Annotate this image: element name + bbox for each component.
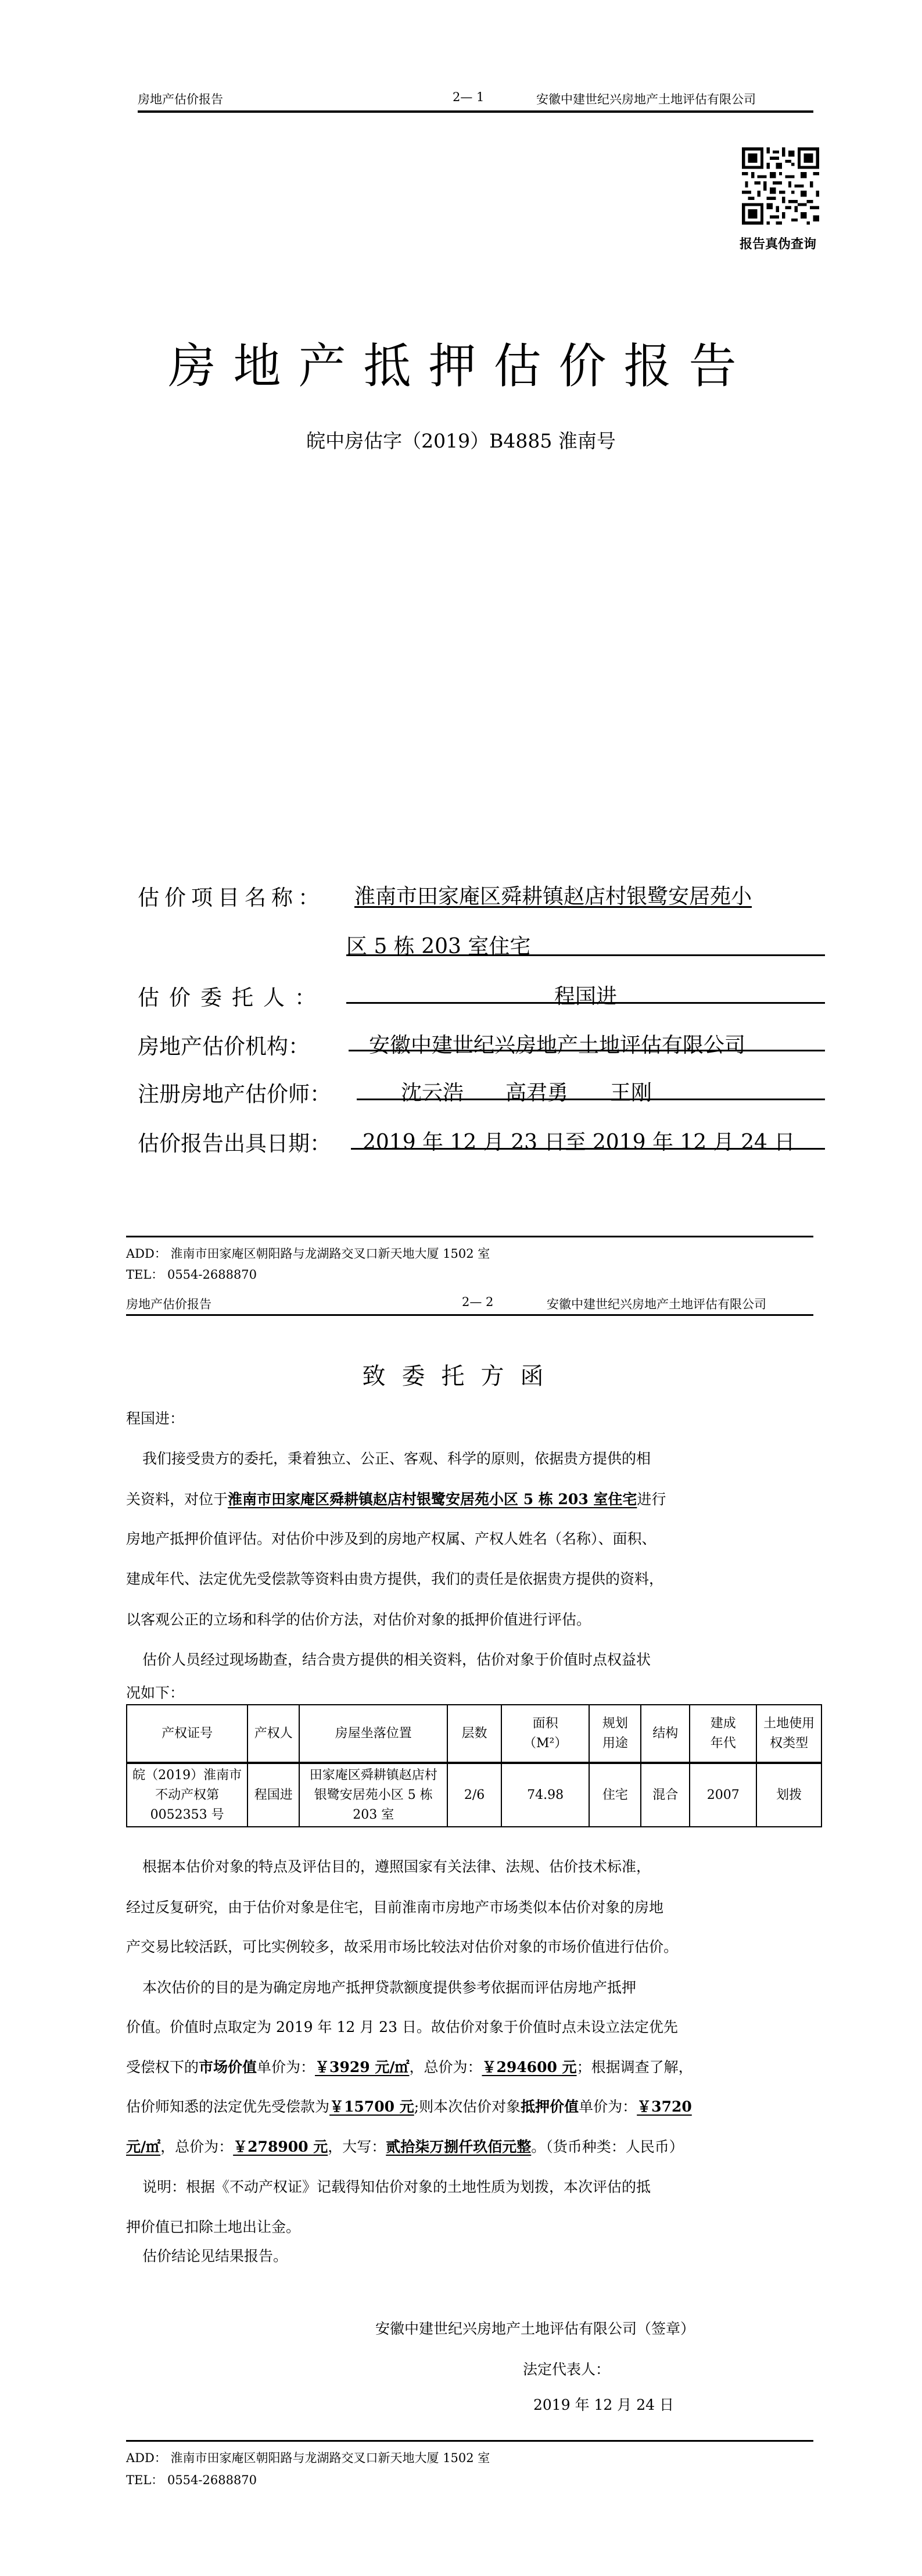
th-use: 规划用途 [589, 1705, 641, 1763]
appraisers-text: 沈云浩 高君勇 王刚 [401, 1081, 652, 1105]
para1-line1: 我们接受贵方的委托，秉着独立、公正、客观、科学的原则，依据贵方提供的相 [142, 1447, 651, 1468]
cell-structure: 混合 [641, 1763, 690, 1827]
footer-tel: TEL： 0554-2688870 [126, 2471, 257, 2488]
th-use-l2: 用途 [602, 1736, 628, 1751]
table-row: 皖（2019）淮南市不动产权第0052353 号 程国进 田家庵区舜耕镇赵店村银… [127, 1763, 821, 1827]
th-land-l2: 权类型 [770, 1736, 808, 1751]
letter-title: 致委托方函 [0, 1358, 922, 1391]
mortgage-value-label: 抵押价值 [521, 2098, 579, 2115]
para4-line2: 价值。价值时点取定为 2019 年 12 月 23 日。故估价对象于价值时点未设… [126, 2016, 678, 2037]
p4l3-mid2: ，总价为： [409, 2059, 482, 2076]
p4l5-mid1: ，总价为： [160, 2138, 233, 2155]
th-area: 面积（M²） [501, 1705, 589, 1763]
para2-line1: 估价人员经过现场勘查，结合贵方提供的相关资料，估价对象于价值时点权益状 [142, 1648, 651, 1669]
header-page-number: 2— 1 [453, 90, 484, 104]
footer-address: ADD： 淮南市田家庵区朝阳路与龙湖路交叉口新天地大厦 1502 室 [126, 2449, 490, 2466]
th-area-l2: （M²） [523, 1736, 567, 1751]
cell-location: 田家庵区舜耕镇赵店村银鹭安居苑小区 5 栋203 室 [299, 1763, 447, 1827]
label-project-name: 估价项目名称： [138, 880, 325, 911]
signature-date: 2019 年 12 月 24 日 [533, 2393, 674, 2414]
para4-line3: 受偿权下的市场价值单价为：￥3929 元/㎡，总价为：￥294600 元；根据调… [126, 2056, 693, 2077]
p4l4-mid2: 单价为： [579, 2098, 637, 2115]
cell-use: 住宅 [589, 1763, 641, 1827]
cert-l2: 不动产权第 [155, 1788, 219, 1802]
cell-owner: 程国进 [247, 1763, 299, 1827]
header-company: 安徽中建世纪兴房地产土地评估有限公司 [536, 90, 756, 108]
cert-l1: 皖（2019）淮南市 [132, 1768, 242, 1783]
value-project-name-line2: 区 5 栋 203 室住宅 [346, 930, 825, 956]
para4-line5: 元/㎡，总价为：￥278900 元，大写：贰拾柒万捌仟玖佰元整。（货币种类：人民… [126, 2135, 684, 2156]
signature-company: 安徽中建世纪兴房地产土地评估有限公司（签章） [375, 2317, 695, 2338]
header-rule [138, 110, 813, 113]
priority-claim-amount: ￥15700 元 [329, 2098, 414, 2115]
signature-legal-rep: 法定代表人： [523, 2358, 610, 2379]
th-year-l2: 年代 [711, 1736, 736, 1751]
label-report-date: 估价报告出具日期： [138, 1126, 331, 1157]
value-client: 程国进 [346, 980, 825, 1004]
qr-label: 报告真伪查询 [740, 234, 816, 252]
th-location: 房屋坐落位置 [299, 1705, 447, 1763]
th-area-l1: 面积 [533, 1716, 558, 1731]
th-year-l1: 建成 [711, 1716, 736, 1731]
header-report-type: 房地产估价报告 [138, 90, 223, 108]
value-project-name-line1: 淮南市田家庵区舜耕镇赵店村银鹭安居苑小 [354, 880, 825, 910]
para1-line2: 关资料，对位于淮南市田家庵区舜耕镇赵店村银鹭安居苑小区 5 栋 203 室住宅进… [126, 1488, 666, 1509]
mortgage-unit-price: ￥3720 [637, 2098, 692, 2115]
th-cert: 产权证号 [127, 1705, 247, 1763]
th-use-l1: 规划 [602, 1716, 628, 1731]
header-report-type: 房地产估价报告 [126, 1295, 211, 1312]
value-appraisers: 沈云浩 高君勇 王刚 [357, 1076, 825, 1100]
header-company: 安徽中建世纪兴房地产土地评估有限公司 [547, 1295, 766, 1312]
para6: 估价结论见结果报告。 [142, 2245, 288, 2266]
para4-line1: 本次估价的目的是为确定房地产抵押贷款额度提供参考依据而评估房地产抵押 [142, 1976, 636, 1997]
report-title: 房地产抵押估价报告 [0, 328, 922, 396]
th-land-type: 土地使用权类型 [756, 1705, 821, 1763]
p4l3-post: ；根据调查了解， [577, 2059, 693, 2076]
property-address: 淮南市田家庵区舜耕镇赵店村银鹭安居苑小区 5 栋 203 室住宅 [228, 1491, 637, 1508]
footer-address: ADD： 淮南市田家庵区朝阳路与龙湖路交叉口新天地大厦 1502 室 [126, 1244, 490, 1262]
footer-rule [126, 2440, 813, 2442]
label-agency: 房地产估价机构： [138, 1029, 310, 1060]
project-name-line1-text: 淮南市田家庵区舜耕镇赵店村银鹭安居苑小 [354, 885, 752, 908]
footer-tel: TEL： 0554-2688870 [126, 1265, 257, 1283]
report-number: 皖中房估字（2019）B4885 淮南号 [0, 426, 922, 453]
para1-line4: 建成年代、法定优先受偿款等资料由贵方提供，我们的责任是依据贵方提供的资料， [126, 1568, 663, 1588]
loc-l2: 银鹭安居苑小区 5 栋 [314, 1788, 433, 1802]
para1-line2-post: 进行 [637, 1491, 666, 1508]
th-floors: 层数 [447, 1705, 501, 1763]
para5-line2: 押价值已扣除土地出让金。 [126, 2216, 300, 2237]
qr-code-icon[interactable] [742, 147, 819, 225]
agency-text: 安徽中建世纪兴房地产土地评估有限公司 [369, 1033, 745, 1057]
market-unit-price: ￥3929 元/㎡ [315, 2059, 409, 2076]
th-owner: 产权人 [247, 1705, 299, 1763]
para3-line1: 根据本估价对象的特点及评估目的，遵照国家有关法律、法规、估价技术标准， [142, 1855, 651, 1876]
loc-l3: 203 室 [353, 1808, 394, 1822]
market-value-label: 市场价值 [199, 2059, 257, 2076]
p4l3-mid1: 单价为： [257, 2059, 315, 2076]
mortgage-unit-price-unit: 元/㎡ [126, 2138, 160, 2155]
header-page-number: 2— 2 [462, 1295, 493, 1309]
para1-line5: 以客观公正的立场和科学的估价方法，对估价对象的抵押价值进行评估。 [126, 1608, 591, 1629]
value-report-date: 2019 年 12 月 23 日至 2019 年 12 月 24 日 [351, 1126, 825, 1150]
header-rule [126, 1314, 813, 1316]
value-agency: 安徽中建世纪兴房地产土地评估有限公司 [349, 1029, 825, 1051]
para2-line2: 况如下： [126, 1681, 184, 1702]
p4l5-mid2: ，大写： [328, 2138, 386, 2155]
cell-land-type: 划拨 [756, 1763, 821, 1827]
para5-line1: 说明：根据《不动产权证》记载得知估价对象的土地性质为划拨，本次评估的抵 [142, 2176, 651, 2196]
market-total-price: ￥294600 元 [482, 2059, 576, 2076]
cell-cert: 皖（2019）淮南市不动产权第0052353 号 [127, 1763, 247, 1827]
th-structure: 结构 [641, 1705, 690, 1763]
para3-line3: 产交易比较活跃，可比实例较多，故采用市场比较法对估价对象的市场价值进行估价。 [126, 1935, 678, 1956]
mortgage-total-words: 贰拾柒万捌仟玖佰元整 [386, 2138, 531, 2155]
p4l3-pre: 受偿权下的 [126, 2059, 199, 2076]
salutation: 程国进： [126, 1407, 184, 1428]
cert-l3: 0052353 号 [150, 1808, 224, 1822]
report-date-text: 2019 年 12 月 23 日至 2019 年 12 月 24 日 [363, 1130, 795, 1154]
cell-year: 2007 [690, 1763, 756, 1827]
loc-l1: 田家庵区舜耕镇赵店村 [310, 1768, 437, 1783]
para1-line2-pre: 关资料，对位于 [126, 1491, 228, 1508]
p4l5-post: 。（货币种类：人民币） [531, 2138, 684, 2155]
p4l4-pre: 估价师知悉的法定优先受偿款为 [126, 2098, 329, 2115]
mortgage-total-price: ￥278900 元 [233, 2138, 328, 2155]
table-header-row: 产权证号 产权人 房屋坐落位置 层数 面积（M²） 规划用途 结构 建成年代 土… [127, 1705, 821, 1763]
property-rights-table: 产权证号 产权人 房屋坐落位置 层数 面积（M²） 规划用途 结构 建成年代 土… [126, 1704, 822, 1827]
para1-line3: 房地产抵押价值评估。对估价中涉及到的房地产权属、产权人姓名（名称）、面积、 [126, 1527, 656, 1548]
label-appraisers: 注册房地产估价师： [138, 1076, 331, 1108]
cell-floors: 2/6 [447, 1763, 501, 1827]
label-client: 估价委托人： [138, 980, 326, 1011]
footer-rule [126, 1236, 813, 1237]
para3-line2: 经过反复研究，由于估价对象是住宅，目前淮南市房地产市场类似本估价对象的房地 [126, 1896, 663, 1917]
th-year: 建成年代 [690, 1705, 756, 1763]
th-land-l1: 土地使用 [763, 1716, 815, 1731]
cell-area: 74.98 [501, 1763, 589, 1827]
para4-line4: 估价师知悉的法定优先受偿款为￥15700 元;则本次估价对象抵押价值单价为：￥3… [126, 2095, 692, 2116]
p4l4-mid: ;则本次估价对象 [414, 2098, 521, 2115]
